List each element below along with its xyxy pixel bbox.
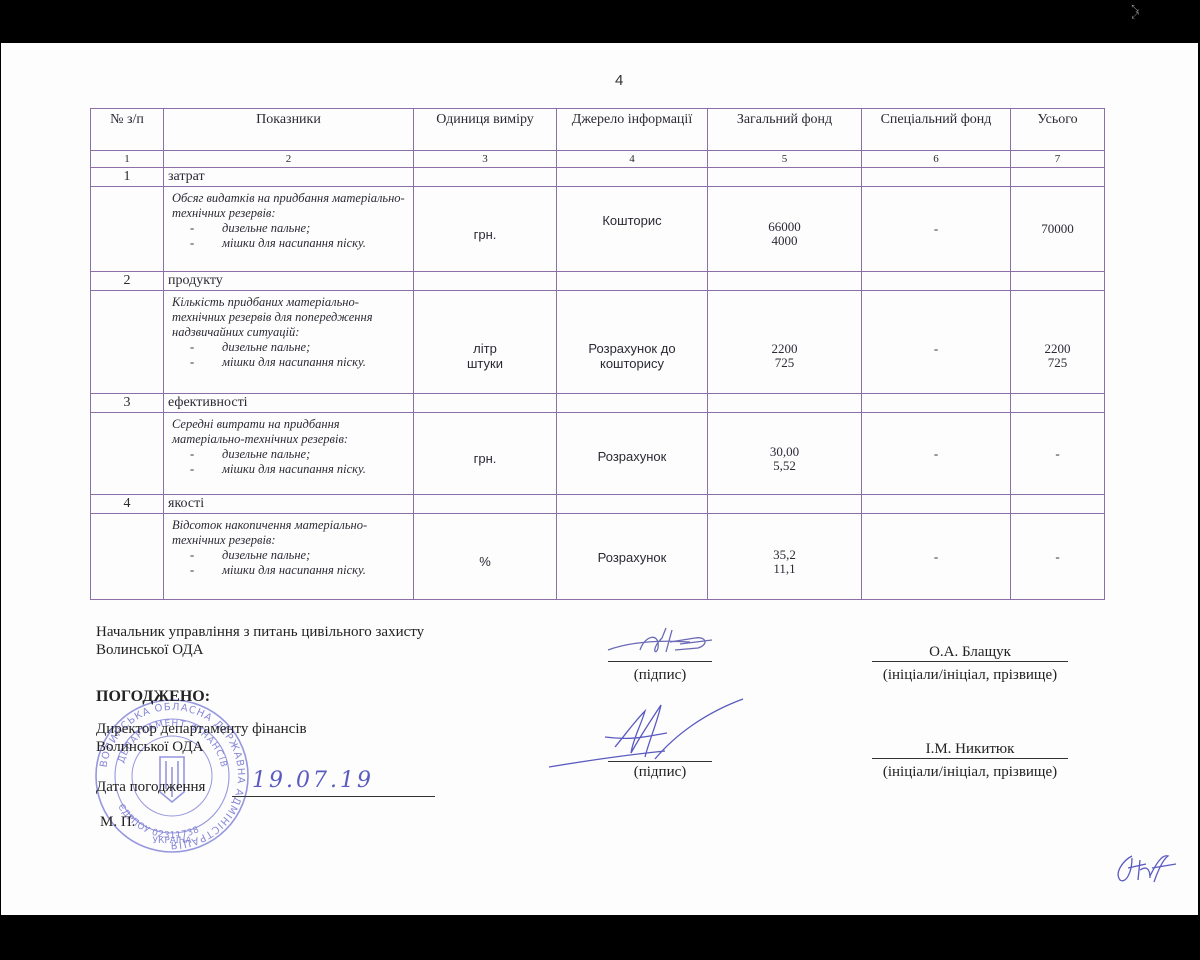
director-signature-line [608, 761, 712, 762]
svg-text:УКРАЇНА: УКРАЇНА [152, 835, 192, 846]
unit-cell: літрштуки [414, 291, 557, 394]
empty-cell [414, 168, 557, 187]
general-fund-cell: 30,005,52 [708, 413, 862, 495]
source-cell: Розрахунок докошторису [557, 291, 708, 394]
total-cell: - [1011, 413, 1105, 495]
empty-cell [1011, 495, 1105, 514]
total-cell: 2200725 [1011, 291, 1105, 394]
list-item: -мішки для насипання піску. [168, 462, 409, 477]
col-num: 1 [91, 151, 164, 168]
col-num: 6 [862, 151, 1011, 168]
general-fund-cell: 35,211,1 [708, 514, 862, 600]
unit-cell: грн. [414, 413, 557, 495]
empty-cell [414, 394, 557, 413]
empty-cell [557, 394, 708, 413]
header-indicators: Показники [164, 109, 414, 151]
section-index: 4 [91, 495, 164, 514]
section-title: ефективності [164, 394, 414, 413]
indicator-description: Обсяг видатків на придбання матеріально-… [164, 187, 414, 272]
director-name-line [872, 758, 1068, 759]
list-item: -мішки для насипання піску. [168, 563, 409, 578]
approved-label: ПОГОДЖЕНО: [96, 688, 210, 706]
indicators-table: № з/п Показники Одиниця виміру Джерело і… [90, 108, 1105, 600]
head-position-line1: Начальник управління з питань цивільного… [96, 623, 424, 641]
director-name: І.М. Никитюк [870, 741, 1070, 758]
header-number: № з/п [91, 109, 164, 151]
col-num: 5 [708, 151, 862, 168]
empty-cell [1011, 168, 1105, 187]
empty-cell [557, 272, 708, 291]
seal-label: М. П. [100, 813, 135, 831]
director-position-line1: Директор департаменту фінансів [96, 720, 307, 738]
special-fund-cell: - [862, 291, 1011, 394]
list-item: -мішки для насипання піску. [168, 355, 409, 370]
col-num: 7 [1011, 151, 1105, 168]
list-item: -мішки для насипання піску. [168, 236, 409, 251]
list-item: -дизельне пальне; [168, 447, 409, 462]
table-row: Відсоток накопичення матеріально-технічн… [91, 514, 1105, 600]
empty-cell [708, 272, 862, 291]
col-num: 3 [414, 151, 557, 168]
section-row: 3ефективності [91, 394, 1105, 413]
header-total: Усього [1011, 109, 1105, 151]
col-num: 2 [164, 151, 414, 168]
special-fund-cell: - [862, 514, 1011, 600]
total-cell: 70000 [1011, 187, 1105, 272]
director-signature-caption: (підпис) [600, 764, 720, 781]
head-name-caption: (ініціали/ініціал, прізвище) [860, 667, 1080, 684]
empty-cell [91, 187, 164, 272]
exit-fullscreen-icon[interactable]: ⤡⤢ [1128, 6, 1142, 20]
empty-cell [414, 272, 557, 291]
list-item: -дизельне пальне; [168, 221, 409, 236]
source-cell: Кошторис [557, 187, 708, 272]
page-number: 4 [615, 72, 623, 89]
source-cell: Розрахунок [557, 514, 708, 600]
section-title: продукту [164, 272, 414, 291]
director-signature [545, 695, 755, 770]
header-unit: Одиниця виміру [414, 109, 557, 151]
col-num: 4 [557, 151, 708, 168]
empty-cell [862, 168, 1011, 187]
table-row: Обсяг видатків на придбання матеріально-… [91, 187, 1105, 272]
empty-cell [557, 168, 708, 187]
director-position-line2: Волинської ОДА [96, 738, 307, 756]
source-cell: Розрахунок [557, 413, 708, 495]
column-numbers-row: 1 2 3 4 5 6 7 [91, 151, 1105, 168]
empty-cell [708, 394, 862, 413]
general-fund-cell: 2200725 [708, 291, 862, 394]
section-title: якості [164, 495, 414, 514]
empty-cell [557, 495, 708, 514]
indicator-description: Середні витрати на придбання матеріально… [164, 413, 414, 495]
empty-cell [862, 272, 1011, 291]
head-position-line2: Волинської ОДА [96, 641, 424, 659]
table-row: Кількість придбаних матеріально-технічни… [91, 291, 1105, 394]
page-initials [1110, 850, 1180, 890]
table-header-row: № з/п Показники Одиниця виміру Джерело і… [91, 109, 1105, 151]
section-index: 2 [91, 272, 164, 291]
list-item: -дизельне пальне; [168, 340, 409, 355]
section-row: 4якості [91, 495, 1105, 514]
head-signature [600, 620, 730, 665]
header-special-fund: Спеціальний фонд [862, 109, 1011, 151]
head-position: Начальник управління з питань цивільного… [96, 623, 424, 659]
empty-cell [414, 495, 557, 514]
special-fund-cell: - [862, 187, 1011, 272]
total-cell: - [1011, 514, 1105, 600]
head-name-line [872, 661, 1068, 662]
table-row: Середні витрати на придбання матеріально… [91, 413, 1105, 495]
viewer-bottom-bar [0, 915, 1200, 960]
empty-cell [862, 495, 1011, 514]
header-general-fund: Загальний фонд [708, 109, 862, 151]
director-name-caption: (ініціали/ініціал, прізвище) [860, 764, 1080, 781]
section-index: 1 [91, 168, 164, 187]
special-fund-cell: - [862, 413, 1011, 495]
approval-date-line [232, 796, 435, 797]
unit-cell: % [414, 514, 557, 600]
section-row: 1затрат [91, 168, 1105, 187]
section-title: затрат [164, 168, 414, 187]
list-item: -дизельне пальне; [168, 548, 409, 563]
head-signature-line [608, 661, 712, 662]
empty-cell [708, 495, 862, 514]
section-index: 3 [91, 394, 164, 413]
head-signature-caption: (підпис) [600, 667, 720, 684]
unit-cell: грн. [414, 187, 557, 272]
director-position: Директор департаменту фінансів Волинсько… [96, 720, 307, 756]
section-row: 2продукту [91, 272, 1105, 291]
empty-cell [91, 514, 164, 600]
empty-cell [91, 413, 164, 495]
empty-cell [1011, 394, 1105, 413]
empty-cell [1011, 272, 1105, 291]
head-name: О.А. Блащук [870, 644, 1070, 661]
header-source: Джерело інформації [557, 109, 708, 151]
approval-date-value: 19.07.19 [252, 768, 374, 793]
general-fund-cell: 660004000 [708, 187, 862, 272]
empty-cell [91, 291, 164, 394]
approval-date-label: Дата погодження [96, 778, 205, 796]
empty-cell [708, 168, 862, 187]
indicator-description: Кількість придбаних матеріально-технічни… [164, 291, 414, 394]
empty-cell [862, 394, 1011, 413]
viewer-top-bar: ⤡⤢ [0, 0, 1200, 43]
indicator-description: Відсоток накопичення матеріально-технічн… [164, 514, 414, 600]
